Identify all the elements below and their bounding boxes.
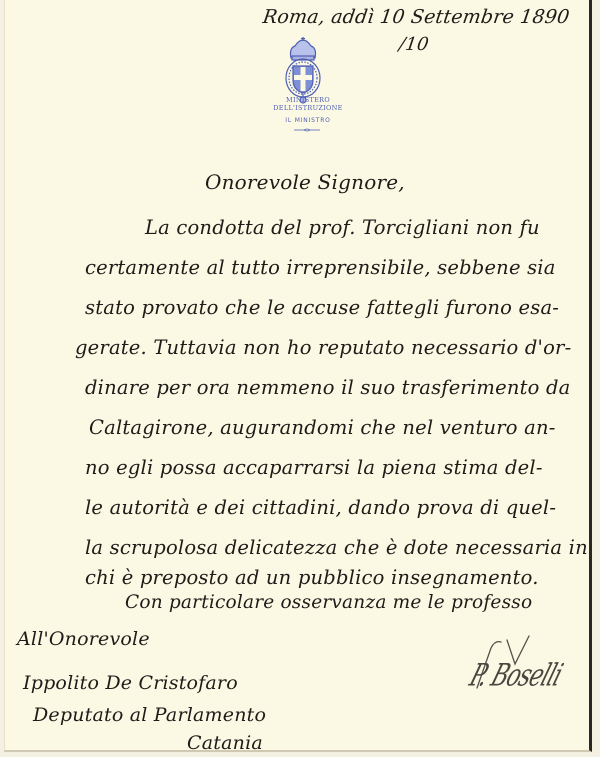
addressee-line: Deputato al Parlamento [33,704,266,726]
letter-page: Roma, addì 10 Settembre 1890 /10 MINISTE… [4,0,592,752]
body-line: certamente al tutto irreprensibile, sebb… [85,256,556,279]
addressee-line: Ippolito De Cristofaro [23,672,238,694]
flourish-divider-icon [293,128,321,132]
ministry-label: MINISTERO DELL'ISTRUZIONE [253,96,363,112]
body-line: Caltagirone, augurandomi che nel venturo… [89,416,556,439]
body-line: no egli possa accaparrarsi la piena stim… [85,456,543,479]
body-line: le autorità e dei cittadini, dando prova… [85,496,556,519]
signature: P. Boselli [465,659,566,694]
body-line: La condotta del prof. Torcigliani non fu [145,216,540,239]
addressee-line: Catania [187,732,263,754]
minister-label: IL MINISTRO [253,117,363,124]
date-annotation: /10 [398,34,431,55]
closing: Con particolare osservanza me le profess… [125,592,532,613]
addressee-line: All'Onorevole [17,628,150,650]
body-line: chi è preposto ad un pubblico insegnamen… [85,566,539,589]
body-line: dinare per ora nemmeno il suo trasferime… [85,376,570,399]
place-date: Roma, addì 10 Settembre 1890 /10 [261,6,571,28]
salutation: Onorevole Signore, [205,170,405,194]
body-line: stato provato che le accuse fattegli fur… [85,296,559,319]
place-date-text: Roma, addì 10 Settembre 1890 [261,6,571,28]
body-line: gerate. Tuttavia non ho reputato necessa… [75,336,571,359]
body-line: la scrupolosa delicatezza che è dote nec… [85,536,588,559]
